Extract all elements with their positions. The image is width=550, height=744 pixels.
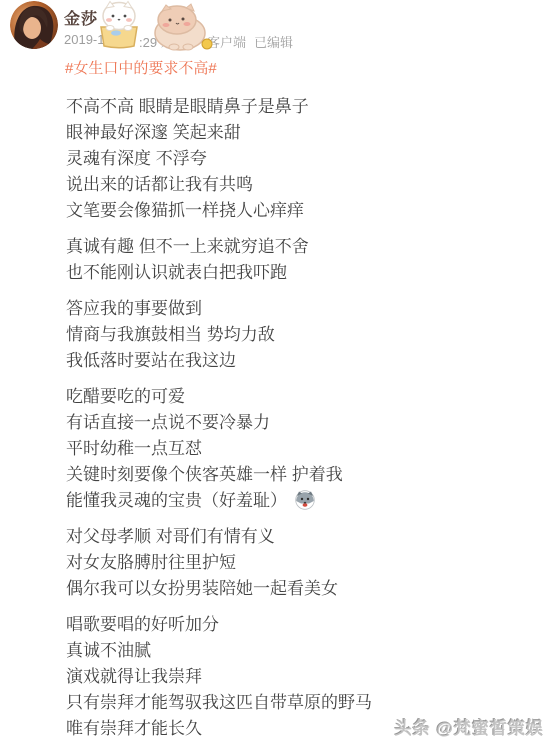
post-paragraph: 真诚有趣 但不一上来就穷追不舍也不能刚认识就表白把我吓跑 <box>66 234 506 286</box>
post-line: 对女友胳膊肘往里护短 <box>66 550 506 576</box>
post-paragraph: 对父母孝顺 对哥们有情有义对女友胳膊肘往里护短偶尔我可以女扮男装陪她一起看美女 <box>66 524 506 602</box>
watermark: 头条 @梵蜜皙策娱 <box>395 714 544 739</box>
post-line: 真诚不油腻 <box>66 638 506 664</box>
post-line: 对父母孝顺 对哥们有情有义 <box>66 524 506 550</box>
post-paragraph: 不高不高 眼睛是眼睛鼻子是鼻子眼神最好深邃 笑起来甜灵魂有深度 不浮夸说出来的话… <box>66 94 506 224</box>
post-line: 偶尔我可以女扮男装陪她一起看美女 <box>66 576 506 602</box>
peach-cat-sticker <box>149 3 217 52</box>
weibo-post-page: 金莎 2019-1 :29 来自 客户端 已编辑 <box>0 0 550 744</box>
post-line: 我低落时要站在我这边 <box>66 348 506 374</box>
post-paragraph: 吃醋要吃的可爱有话直接一点说不要冷暴力平时幼稚一点互怼关键时刻要像个侠客英雄一样… <box>66 384 506 514</box>
post-line: 演戏就得让我崇拜 <box>66 664 506 690</box>
post-line: 只有崇拜才能驾驭我这匹自带草原的野马 <box>66 690 506 716</box>
post-line: 文笔要会像猫抓一样挠人心痒痒 <box>66 198 506 224</box>
avatar-photo <box>10 1 58 49</box>
edited-badge: 已编辑 <box>254 32 293 51</box>
post-line: 灵魂有深度 不浮夸 <box>66 146 506 172</box>
post-line: 唱歌要唱的好听加分 <box>66 612 506 638</box>
post-line: 答应我的事要做到 <box>66 296 506 322</box>
post-line: 情商与我旗鼓相当 势均力敌 <box>66 322 506 348</box>
post-line: 有话直接一点说不要冷暴力 <box>66 410 506 436</box>
post-line: 关键时刻要像个侠客英雄一样 护着我 <box>66 462 506 488</box>
post-line: 能懂我灵魂的宝贵（好羞耻） <box>66 488 506 514</box>
white-cat-in-basket-sticker <box>93 0 145 50</box>
husky-emoji <box>295 490 315 510</box>
post-line: 真诚有趣 但不一上来就穷追不舍 <box>66 234 506 260</box>
post-line: 也不能刚认识就表白把我吓跑 <box>66 260 506 286</box>
user-avatar[interactable] <box>10 1 58 49</box>
post-line: 吃醋要吃的可爱 <box>66 384 506 410</box>
post-line: 说出来的话都让我有共鸣 <box>66 172 506 198</box>
hashtag-link[interactable]: #女生口中的要求不高# <box>65 57 217 78</box>
post-paragraph: 答应我的事要做到情商与我旗鼓相当 势均力敌我低落时要站在我这边 <box>66 296 506 374</box>
post-line: 平时幼稚一点互怼 <box>66 436 506 462</box>
post-line: 眼神最好深邃 笑起来甜 <box>66 120 506 146</box>
post-line: 不高不高 眼睛是眼睛鼻子是鼻子 <box>66 94 506 120</box>
post-body: 不高不高 眼睛是眼睛鼻子是鼻子眼神最好深邃 笑起来甜灵魂有深度 不浮夸说出来的话… <box>66 94 506 744</box>
